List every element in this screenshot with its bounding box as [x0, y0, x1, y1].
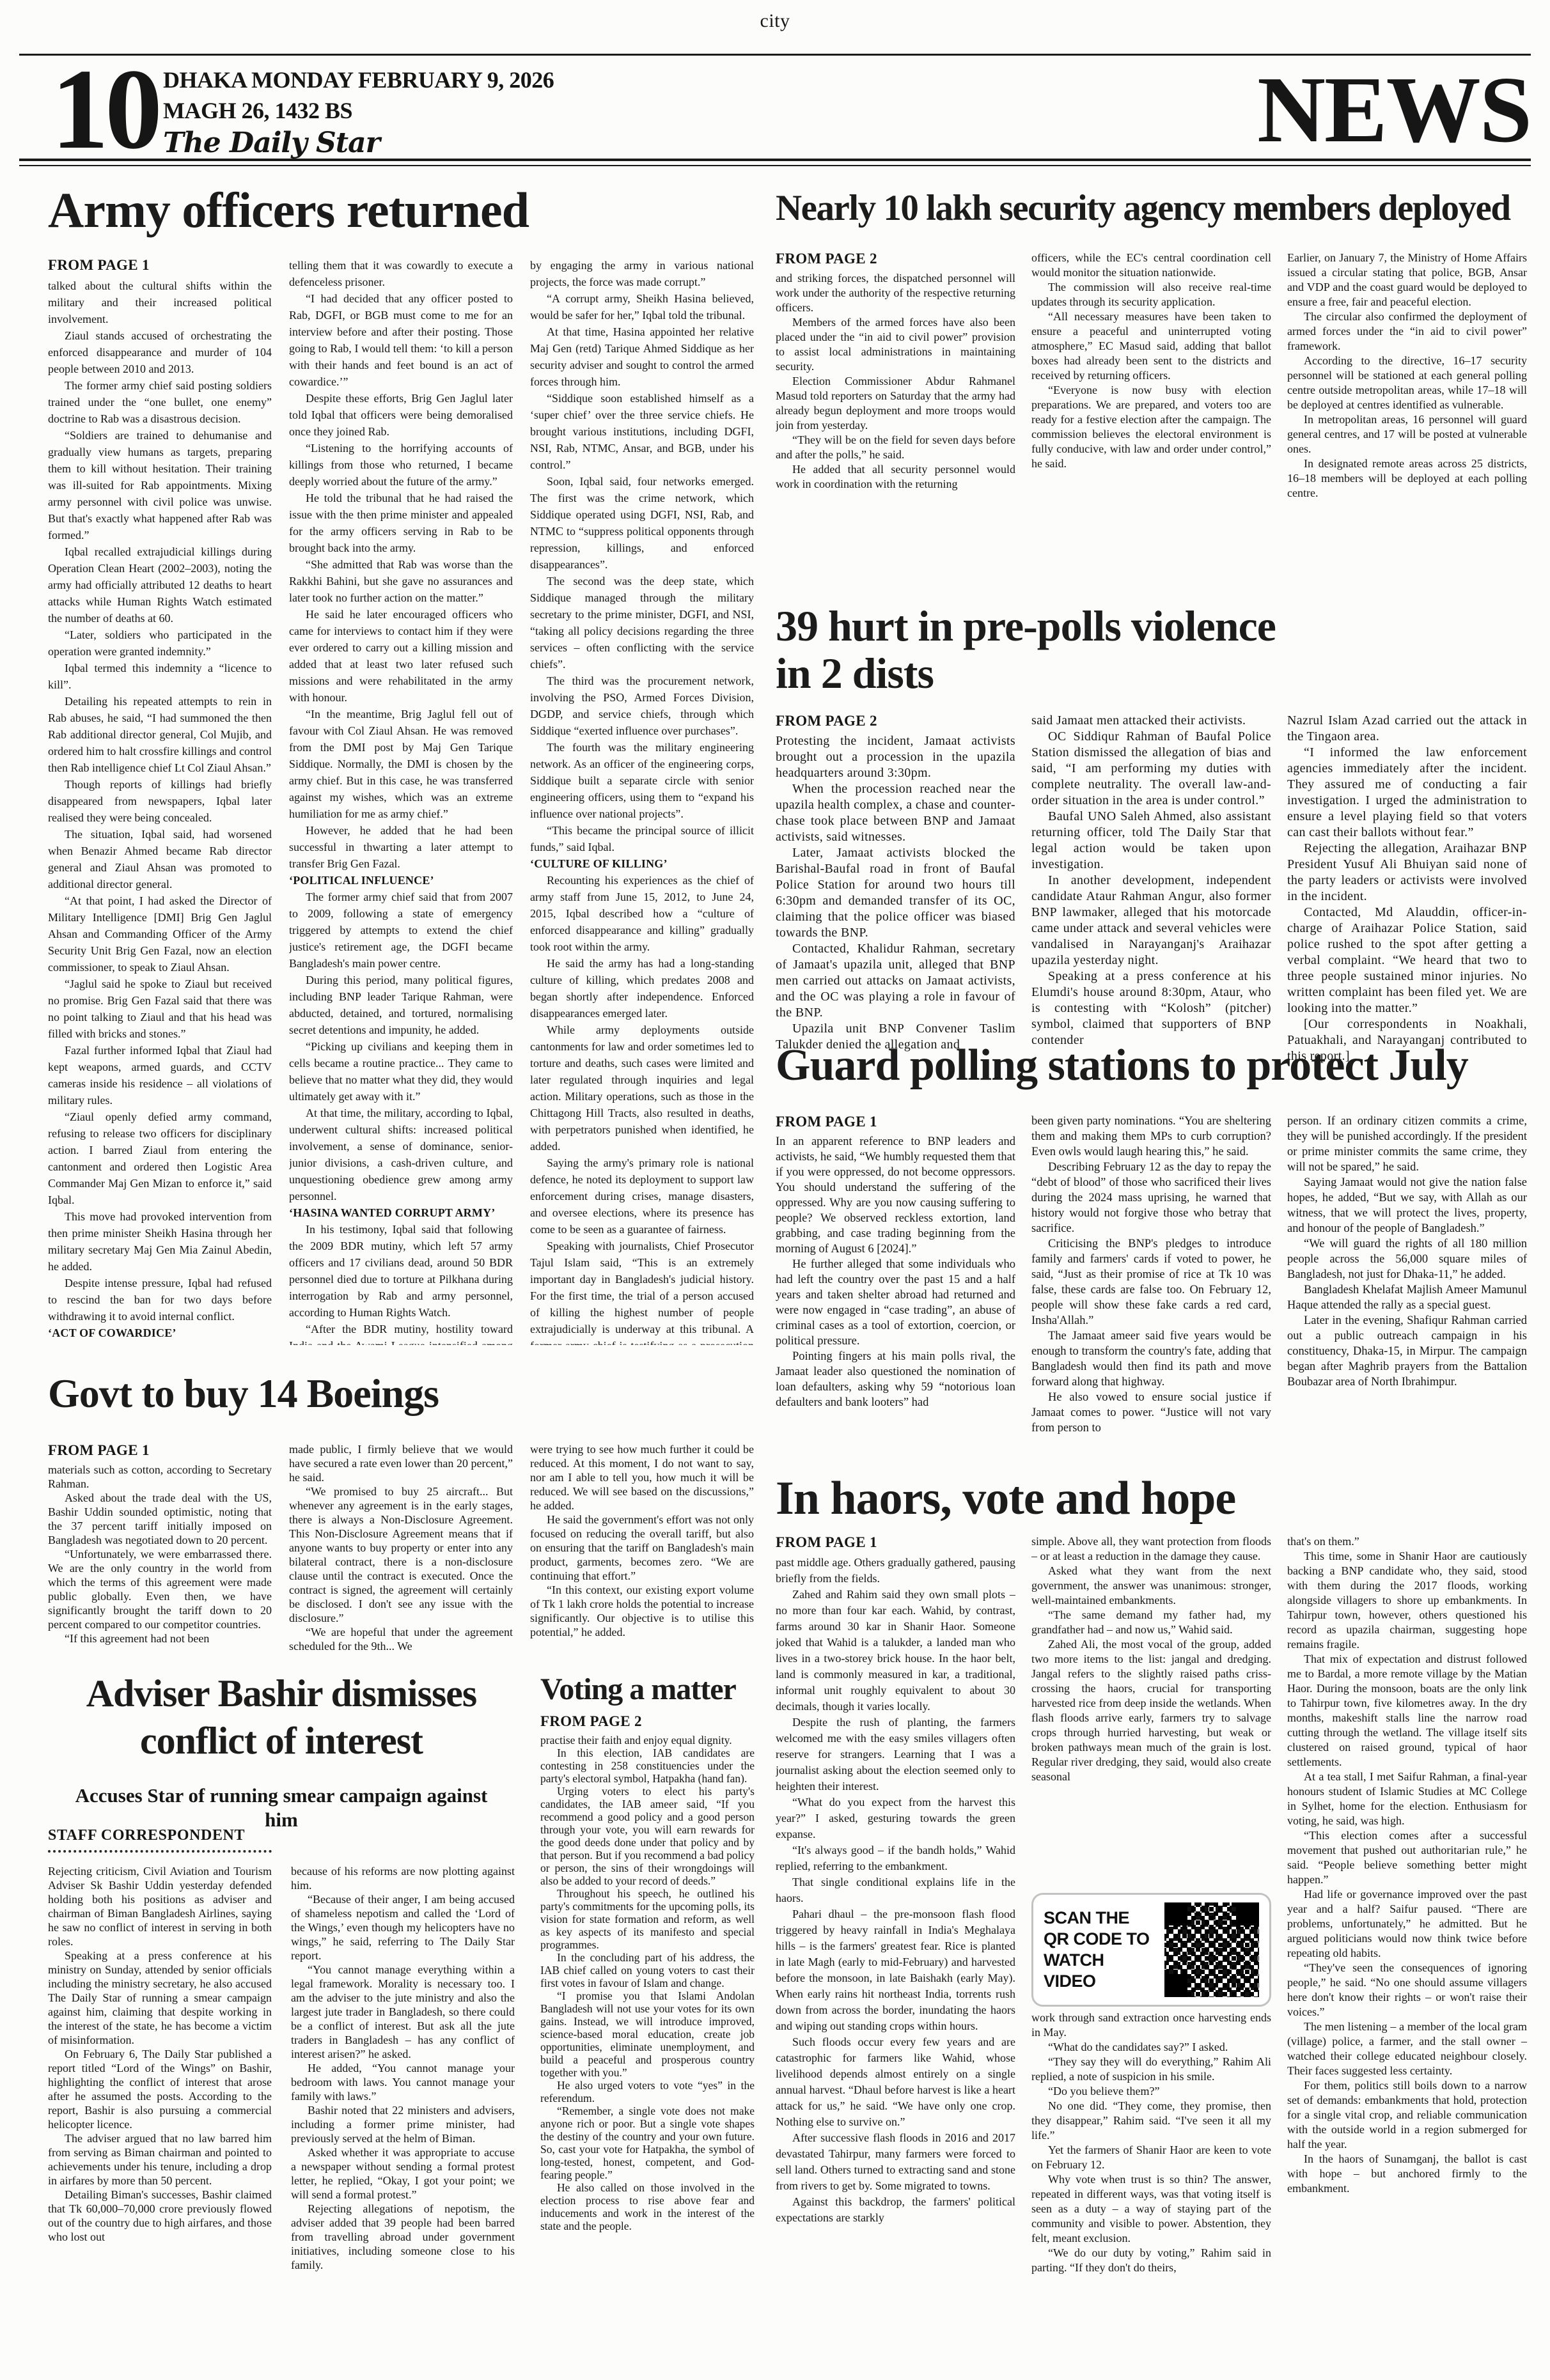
paragraph: This move had provoked intervention from… [48, 1208, 272, 1275]
paragraph: past middle age. Others gradually gather… [776, 1555, 1015, 1587]
paragraph: He further alleged that some individuals… [776, 1257, 1015, 1349]
guard-column-1-text: In an apparent reference to BNP leaders … [776, 1134, 1015, 1410]
paragraph: Iqbal termed this indemnity a “licence t… [48, 660, 272, 693]
guard-column-3: person. If an ordinary citizen commits a… [1287, 1114, 1527, 1528]
bashir-byline: STAFF CORRESPONDENT [48, 1827, 245, 1844]
paragraph: On February 6, The Daily Star published … [48, 2047, 272, 2131]
paragraph: because of his reforms are now plotting … [291, 1864, 515, 1892]
paragraph: This time, some in Shanir Haor are cauti… [1287, 1549, 1527, 1652]
from-page-label: FROM PAGE 1 [776, 1114, 1015, 1130]
paragraph: “Picking up civilians and keeping them i… [289, 1038, 513, 1105]
paragraph: Nazrul Islam Azad carried out the attack… [1287, 713, 1527, 745]
paragraph: “Unfortunately, we were embarrassed ther… [48, 1547, 272, 1631]
paragraph: Saying Jamaat would not give the nation … [1287, 1175, 1527, 1236]
from-page-label: FROM PAGE 2 [776, 713, 1015, 729]
paragraph: Describing February 12 as the day to rep… [1031, 1160, 1271, 1236]
paragraph: For them, politics still boils down to a… [1287, 2078, 1527, 2152]
paragraph: He also vowed to ensure social justice i… [1031, 1390, 1271, 1436]
haors-column-2-text-bottom: work through sand extraction once harves… [1031, 2011, 1271, 2366]
paragraph: While army deployments outside cantonmen… [530, 1022, 754, 1155]
paragraph: The circular also confirmed the deployme… [1287, 309, 1527, 354]
paragraph: by engaging the army in various national… [530, 257, 754, 290]
paragraph: The fourth was the military engineering … [530, 739, 754, 822]
paragraph: Though reports of killings had briefly d… [48, 776, 272, 826]
paragraph: Zahed and Rahim said they own small plot… [776, 1587, 1015, 1715]
security-column-1-text: and striking forces, the dispatched pers… [776, 271, 1015, 492]
paragraph: materials such as cotton, according to S… [48, 1463, 272, 1491]
paragraph: Urging voters to elect his party's candi… [540, 1785, 755, 1887]
paragraph: “If this agreement had not been [48, 1631, 272, 1645]
paragraph: “Later, soldiers who participated in the… [48, 626, 272, 660]
paragraph: “She admitted that Rab was worse than th… [289, 556, 513, 606]
paragraph: The Jamaat ameer said five years would b… [1031, 1328, 1271, 1390]
security-column-2-text: officers, while the EC's central coordin… [1031, 251, 1271, 471]
paragraph: “Siddique soon established himself as a … [530, 390, 754, 473]
violence-column-1: FROM PAGE 2 Protesting the incident, Jam… [776, 713, 1015, 1087]
article-bashir: Rejecting criticism, Civil Aviation and … [48, 1864, 515, 2378]
security-column-1: FROM PAGE 2 and striking forces, the dis… [776, 251, 1015, 599]
from-page-label: FROM PAGE 1 [776, 1534, 1015, 1551]
paragraph: and striking forces, the dispatched pers… [776, 271, 1015, 315]
haors-column-1-text: past middle age. Others gradually gather… [776, 1555, 1015, 2226]
paragraph: Asked whether it was appropriate to accu… [291, 2145, 515, 2202]
paragraph: said Jamaat men attacked their activists… [1031, 713, 1271, 729]
paragraph: ‘HASINA WANTED CORRUPT ARMY’ [289, 1204, 513, 1221]
paragraph: After successive flash floods in 2016 an… [776, 2130, 1015, 2194]
paragraph: “Soldiers are trained to dehumanise and … [48, 427, 272, 543]
paragraph: Bashir noted that 22 ministers and advis… [291, 2103, 515, 2145]
paragraph: “Everyone is now busy with election prep… [1031, 383, 1271, 471]
article-guard-polling: FROM PAGE 1 In an apparent reference to … [776, 1114, 1527, 1528]
voting-column-1: practise their faith and enjoy equal dig… [540, 1734, 755, 2370]
paragraph: In designated remote areas across 25 dis… [1287, 456, 1527, 501]
paragraph: Contacted, Md Alauddin, officer-in-charg… [1287, 905, 1527, 1016]
article-army-officers-returned: FROM PAGE 1 talked about the cultural sh… [48, 257, 754, 1345]
from-page-label: FROM PAGE 1 [48, 257, 272, 274]
violence-column-1-text: Protesting the incident, Jamaat activist… [776, 733, 1015, 1053]
paragraph: The commission will also receive real-ti… [1031, 280, 1271, 309]
paragraph: been given party nominations. “You are s… [1031, 1114, 1271, 1160]
paragraph: Detailing his repeated attempts to rein … [48, 693, 272, 776]
paragraph: “We will guard the rights of all 180 mil… [1287, 1236, 1527, 1282]
paragraph: In this election, IAB candidates are con… [540, 1746, 755, 1785]
bashir-column-2: because of his reforms are now plotting … [291, 1864, 515, 2378]
paragraph: ‘POLITICAL INFLUENCE’ [289, 872, 513, 889]
paragraph: The adviser argued that no law barred hi… [48, 2131, 272, 2188]
paragraph: “At that point, I had asked the Director… [48, 892, 272, 976]
boeing-column-1-text: materials such as cotton, according to S… [48, 1463, 272, 1645]
paragraph: “Listening to the horrifying accounts of… [289, 440, 513, 490]
paragraph: Despite the rush of planting, the farmer… [776, 1715, 1015, 1794]
paragraph: “All necessary measures have been taken … [1031, 309, 1271, 383]
paragraph: At a tea stall, I met Saifur Rahman, a f… [1287, 1769, 1527, 1828]
paragraph: Why vote when trust is so thin? The answ… [1031, 2172, 1271, 2246]
paragraph: Speaking with journalists, Chief Prosecu… [530, 1238, 754, 1345]
paragraph: Speaking at a press conference at his El… [1031, 968, 1271, 1048]
paragraph: OC Siddiqur Rahman of Baufal Police Stat… [1031, 729, 1271, 809]
header-top-rule [19, 54, 1531, 56]
paragraph: At that time, the military, according to… [289, 1105, 513, 1204]
paragraph: Baufal UNO Saleh Ahmed, also assistant r… [1031, 809, 1271, 873]
paragraph: Later, Jamaat activists blocked the Bari… [776, 845, 1015, 941]
paragraph: “What do the candidates say?” I asked. [1031, 2040, 1271, 2055]
headline-army-officers-returned: Army officers returned [48, 184, 529, 237]
from-page-label: FROM PAGE 2 [776, 251, 1015, 267]
paragraph: Recounting his experiences as the chief … [530, 872, 754, 955]
paragraph: simple. Above all, they want protection … [1031, 1534, 1271, 1564]
paragraph: In the haors of Sunamganj, the ballot is… [1287, 2152, 1527, 2196]
paragraph: He said the government's effort was not … [530, 1513, 754, 1583]
violence-column-2: said Jamaat men attacked their activists… [1031, 713, 1271, 1087]
paragraph: “They will be on the field for seven day… [776, 433, 1015, 462]
paragraph: He also urged voters to vote “yes” in th… [540, 2079, 755, 2104]
paragraph: Such floods occur every few years and ar… [776, 2034, 1015, 2130]
paragraph: Rejecting the allegation, Araihazar BNP … [1287, 841, 1527, 905]
paragraph: He also called on those involved in the … [540, 2181, 755, 2232]
paragraph: The second was the deep state, which Sid… [530, 573, 754, 673]
paragraph: Asked about the trade deal with the US, … [48, 1491, 272, 1547]
paragraph: telling them that it was cowardly to exe… [289, 257, 513, 290]
boeing-column-3: were trying to see how much further it c… [530, 1442, 754, 1758]
paragraph: In an apparent reference to BNP leaders … [776, 1134, 1015, 1257]
guard-column-3-text: person. If an ordinary citizen commits a… [1287, 1114, 1527, 1390]
paragraph: The former army chief said that from 200… [289, 889, 513, 972]
army-column-2: telling them that it was cowardly to exe… [289, 257, 513, 1345]
paragraph: He said the army has had a long-standing… [530, 955, 754, 1022]
haors-column-3: that's on them.”This time, some in Shani… [1287, 1534, 1527, 2372]
masthead-news: NEWS [0, 63, 1531, 157]
army-column-3-text: by engaging the army in various national… [530, 257, 754, 1345]
from-page-label: FROM PAGE 2 [540, 1713, 642, 1730]
paragraph: talked about the cultural shifts within … [48, 277, 272, 327]
paragraph: He told the tribunal that he had raised … [289, 490, 513, 556]
paragraph: were trying to see how much further it c… [530, 1442, 754, 1513]
headline-guard-polling: Guard polling stations to protect July [776, 1042, 1468, 1089]
paragraph: Despite intense pressure, Iqbal had refu… [48, 1275, 272, 1325]
paragraph: “Jaglul said he spoke to Ziaul but recei… [48, 976, 272, 1042]
headline-39-hurt-line1: 39 hurt in pre-polls violence [776, 602, 1276, 649]
paragraph: When the procession reached near the upa… [776, 781, 1015, 845]
paragraph: He said he later encouraged officers who… [289, 606, 513, 706]
paragraph: “They say they will do everything,” Rahi… [1031, 2055, 1271, 2084]
paragraph: Throughout his speech, he outlined his p… [540, 1887, 755, 1951]
paragraph: “A corrupt army, Sheikh Hasina believed,… [530, 290, 754, 323]
paragraph: practise their faith and enjoy equal dig… [540, 1734, 755, 1746]
headline-39-hurt-line2: in 2 dists [776, 649, 1276, 697]
security-column-3: Earlier, on January 7, the Ministry of H… [1287, 251, 1527, 599]
guard-column-2: been given party nominations. “You are s… [1031, 1114, 1271, 1528]
paragraph: At that time, Hasina appointed her relat… [530, 323, 754, 390]
bashir-column-1-text: Rejecting criticism, Civil Aviation and … [48, 1864, 272, 2244]
paragraph: made public, I firmly believe that we wo… [289, 1442, 513, 1484]
paragraph: Iqbal recalled extrajudicial killings du… [48, 543, 272, 626]
paragraph: In his testimony, Iqbal said that follow… [289, 1221, 513, 1321]
headline-39-hurt: 39 hurt in pre-polls violence in 2 dists [776, 602, 1276, 697]
paragraph: Against this backdrop, the farmers' poli… [776, 2194, 1015, 2226]
paragraph: “This election comes after a successful … [1287, 1828, 1527, 1887]
paragraph: “You cannot manage everything within a l… [291, 1963, 515, 2061]
paragraph: “We are hopeful that under the agreement… [289, 1625, 513, 1653]
paragraph: “What do you expect from the harvest thi… [776, 1794, 1015, 1842]
paragraph: work through sand extraction once harves… [1031, 2011, 1271, 2040]
paragraph: Speaking before the tribunal, Iqbal said… [48, 1341, 272, 1345]
header-bottom-rule [19, 159, 1531, 166]
paragraph: According to the directive, 16–17 securi… [1287, 354, 1527, 412]
qr-code-icon [1164, 1902, 1259, 1997]
paragraph: Rejecting allegations of nepotism, the a… [291, 2202, 515, 2272]
paragraph: Ziaul stands accused of orchestrating th… [48, 327, 272, 377]
haors-column-1: FROM PAGE 1 past middle age. Others grad… [776, 1534, 1015, 2372]
newspaper-page: city 10 DHAKA MONDAY FEBRUARY 9, 2026 MA… [0, 0, 1550, 2380]
paragraph: In another development, independent cand… [1031, 873, 1271, 968]
paragraph: “Do you believe them?” [1031, 2084, 1271, 2099]
paragraph: “I promise you that Islami Andolan Bangl… [540, 1989, 755, 2079]
paragraph: The former army chief said posting soldi… [48, 377, 272, 427]
paragraph: Asked what they want from the next gover… [1031, 1564, 1271, 1608]
voting-column-1-text: practise their faith and enjoy equal dig… [540, 1734, 755, 2232]
paragraph: No one did. “They come, they promise, th… [1031, 2099, 1271, 2143]
paragraph: Yet the farmers of Shanir Haor are keen … [1031, 2143, 1271, 2172]
boeing-column-2-text: made public, I firmly believe that we wo… [289, 1442, 513, 1653]
paragraph: In metropolitan areas, 16 personnel will… [1287, 412, 1527, 456]
violence-column-3-text: Nazrul Islam Azad carried out the attack… [1287, 713, 1527, 1064]
paragraph: “I informed the law enforcement agencies… [1287, 745, 1527, 841]
paragraph: Contacted, Khalidur Rahman, secretary of… [776, 941, 1015, 1021]
army-column-2-text: telling them that it was cowardly to exe… [289, 257, 513, 1345]
violence-column-3: Nazrul Islam Azad carried out the attack… [1287, 713, 1527, 1087]
paragraph: That single conditional explains life in… [776, 1874, 1015, 1906]
paragraph: However, he added that he had been succe… [289, 822, 513, 872]
paragraph: The third was the procurement network, i… [530, 673, 754, 739]
paragraph: Bangladesh Khelafat Majlish Ameer Mamunu… [1287, 1282, 1527, 1313]
paragraph: “Because of their anger, I am being accu… [291, 1892, 515, 1963]
section-label: city [0, 10, 1550, 32]
article-haors: FROM PAGE 1 past middle age. Others grad… [776, 1534, 1527, 2372]
paragraph: “In the meantime, Brig Jaglul fell out o… [289, 706, 513, 822]
paragraph: Saying the army's primary role is nation… [530, 1155, 754, 1238]
army-column-1: FROM PAGE 1 talked about the cultural sh… [48, 257, 272, 1345]
qr-scan-label: SCAN THE QR CODE TO WATCH VIDEO [1044, 1908, 1152, 1992]
paragraph: During this period, many political figur… [289, 972, 513, 1038]
paragraph: “After the BDR mutiny, hostility toward … [289, 1321, 513, 1345]
paragraph: Protesting the incident, Jamaat activist… [776, 733, 1015, 781]
headline-security-deployed: Nearly 10 lakh security agency members d… [776, 189, 1510, 228]
bashir-subhead: Accuses Star of running smear campaign a… [74, 1784, 489, 1832]
paragraph: Detailing Biman's successes, Bashir clai… [48, 2188, 272, 2244]
paragraph: Despite these efforts, Brig Gen Jaglul l… [289, 390, 513, 440]
article-39-hurt: FROM PAGE 2 Protesting the incident, Jam… [776, 713, 1527, 1087]
paragraph: Later in the evening, Shafiqur Rahman ca… [1287, 1313, 1527, 1390]
qr-scan-box[interactable]: SCAN THE QR CODE TO WATCH VIDEO [1031, 1893, 1271, 2007]
paragraph: Earlier, on January 7, the Ministry of H… [1287, 251, 1527, 309]
paragraph: Rejecting criticism, Civil Aviation and … [48, 1864, 272, 1948]
headline-bashir: Adviser Bashir dismisses conflict of int… [48, 1670, 515, 1764]
headline-boeing: Govt to buy 14 Boeings [48, 1372, 439, 1415]
paragraph: Had life or governance improved over the… [1287, 1887, 1527, 1961]
paragraph: The situation, Iqbal said, had worsened … [48, 826, 272, 892]
violence-column-2-text: said Jamaat men attacked their activists… [1031, 713, 1271, 1048]
paragraph: In the concluding part of his address, t… [540, 1951, 755, 1989]
guard-column-1: FROM PAGE 1 In an apparent reference to … [776, 1114, 1015, 1528]
paragraph: Zahed Ali, the most vocal of the group, … [1031, 1637, 1271, 1784]
haors-column-2: simple. Above all, they want protection … [1031, 1534, 1271, 2372]
paragraph: Fazal further informed Iqbal that Ziaul … [48, 1042, 272, 1108]
paragraph: ‘ACT OF COWARDICE’ [48, 1325, 272, 1341]
from-page-label: FROM PAGE 1 [48, 1442, 272, 1459]
paragraph: He added that all security personnel wou… [776, 462, 1015, 492]
paragraph: “We do our duty by voting,” Rahim said i… [1031, 2246, 1271, 2275]
paragraph: “In this context, our existing export vo… [530, 1583, 754, 1639]
security-column-2: officers, while the EC's central coordin… [1031, 251, 1271, 599]
byline-dotted-rule [48, 1847, 272, 1853]
paragraph: “The same demand my father had, my grand… [1031, 1608, 1271, 1637]
paragraph: “Remember, a single vote does not make a… [540, 2104, 755, 2181]
paragraph: Pahari dhaul – the pre-monsoon flash flo… [776, 1906, 1015, 2034]
paragraph: Speaking at a press conference at his mi… [48, 1948, 272, 2047]
guard-column-2-text: been given party nominations. “You are s… [1031, 1114, 1271, 1436]
security-column-3-text: Earlier, on January 7, the Ministry of H… [1287, 251, 1527, 501]
paragraph: Criticising the BNP's pledges to introdu… [1031, 1236, 1271, 1328]
haors-column-2-text-top: simple. Above all, they want protection … [1031, 1534, 1271, 1889]
paragraph: “This became the principal source of ill… [530, 822, 754, 855]
paragraph: Members of the armed forces have also be… [776, 315, 1015, 374]
haors-column-3-text: that's on them.”This time, some in Shani… [1287, 1534, 1527, 2196]
army-column-1-text: talked about the cultural shifts within … [48, 277, 272, 1345]
paragraph: Election Commissioner Abdur Rahmanel Mas… [776, 374, 1015, 433]
paragraph: ‘CULTURE OF KILLING’ [530, 855, 754, 872]
headline-haors: In haors, vote and hope [776, 1474, 1235, 1524]
paragraph: officers, while the EC's central coordin… [1031, 251, 1271, 280]
army-column-3: by engaging the army in various national… [530, 257, 754, 1345]
paragraph: “They've seen the consequences of ignori… [1287, 1961, 1527, 2019]
paragraph: Pointing fingers at his main polls rival… [776, 1349, 1015, 1410]
paragraph: that's on them.” [1287, 1534, 1527, 1549]
paragraph: “Ziaul openly defied army command, refus… [48, 1108, 272, 1208]
paragraph: That mix of expectation and distrust fol… [1287, 1652, 1527, 1769]
paragraph: Soon, Iqbal said, four networks emerged.… [530, 473, 754, 573]
article-security-deployed: FROM PAGE 2 and striking forces, the dis… [776, 251, 1527, 599]
paragraph: “It's always good – if the bandh holds,”… [776, 1842, 1015, 1874]
bashir-column-1: Rejecting criticism, Civil Aviation and … [48, 1864, 272, 2378]
paragraph: He added, “You cannot manage your bedroo… [291, 2061, 515, 2103]
paragraph: “We promised to buy 25 aircraft... But w… [289, 1484, 513, 1625]
paragraph: The men listening – a member of the loca… [1287, 2019, 1527, 2078]
paragraph: person. If an ordinary citizen commits a… [1287, 1114, 1527, 1175]
headline-voting: Voting a matter [540, 1674, 736, 1706]
paragraph: “I had decided that any officer posted t… [289, 290, 513, 390]
boeing-column-3-text: were trying to see how much further it c… [530, 1442, 754, 1639]
bashir-column-2-text: because of his reforms are now plotting … [291, 1864, 515, 2272]
